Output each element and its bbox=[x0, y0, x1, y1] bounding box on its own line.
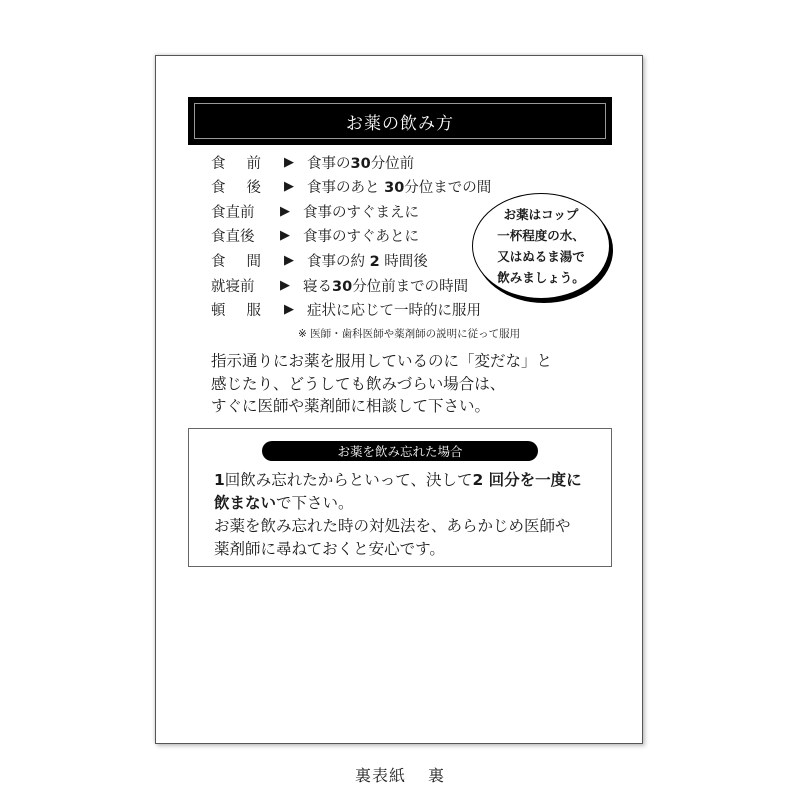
section-title: お薬の飲み方 bbox=[194, 103, 606, 139]
missed-dose-line-4: 薬剤師に尋ねておくと安心です。 bbox=[214, 538, 582, 561]
rule-term: 頓服 bbox=[211, 299, 265, 320]
rule-note: ※ 医師・歯科医師や薬剤師の説明に従って服用 bbox=[298, 326, 520, 341]
bubble-line: お薬はコップ bbox=[504, 204, 579, 225]
dosage-rule-row: 就寝前▶寝る30分位前までの時間 bbox=[211, 274, 468, 296]
rule-description: 食事の約 2 時間後 bbox=[307, 250, 428, 271]
advice-paragraph: 指示通りにお薬を服用しているのに「変だな」と 感じたり、どうしても飲みづらい場合… bbox=[211, 350, 552, 418]
dosage-rule-row: 頓服▶症状に応じて一時的に服用 bbox=[211, 299, 481, 321]
missed-dose-box: お薬を飲み忘れた場合 1回飲み忘れたからといって、決して2 回分を一度に 飲まな… bbox=[188, 428, 612, 567]
caption-label: 裏表紙 bbox=[355, 766, 406, 785]
section-title-bar: お薬の飲み方 bbox=[188, 97, 612, 145]
advice-line: 指示通りにお薬を服用しているのに「変だな」と bbox=[211, 350, 552, 373]
rule-term: 食間 bbox=[211, 250, 265, 271]
water-advice-bubble: お薬はコップ一杯程度の水、又はぬるま湯で飲みましょう。 bbox=[472, 193, 610, 299]
advice-line: すぐに医師や薬剤師に相談して下さい。 bbox=[211, 395, 552, 418]
rule-term: 食前 bbox=[211, 152, 265, 173]
dosage-rule-row: 食直後▶食事のすぐあとに bbox=[211, 225, 419, 247]
dosage-rule-row: 食後▶食事のあと 30分位までの間 bbox=[211, 176, 491, 198]
arrow-right-icon: ▶ bbox=[269, 278, 301, 293]
rule-description: 寝る30分位前までの時間 bbox=[303, 275, 468, 296]
rule-description: 症状に応じて一時的に服用 bbox=[307, 299, 481, 320]
dosage-rule-row: 食前▶食事の30分位前 bbox=[211, 151, 414, 173]
bubble-line: 一杯程度の水、 bbox=[497, 225, 585, 246]
missed-dose-title: お薬を飲み忘れた場合 bbox=[262, 441, 538, 461]
arrow-right-icon: ▶ bbox=[269, 228, 301, 243]
bubble-line: 飲みましょう。 bbox=[497, 267, 585, 288]
arrow-right-icon: ▶ bbox=[269, 204, 301, 219]
rule-term: 食直前 bbox=[211, 201, 261, 222]
dosage-rule-row: 食間▶食事の約 2 時間後 bbox=[211, 249, 428, 271]
arrow-right-icon: ▶ bbox=[273, 253, 305, 268]
rule-description: 食事のすぐあとに bbox=[303, 225, 419, 246]
arrow-right-icon: ▶ bbox=[273, 155, 305, 170]
advice-line: 感じたり、どうしても飲みづらい場合は、 bbox=[211, 373, 552, 396]
dosage-rule-row: 食直前▶食事のすぐまえに bbox=[211, 200, 419, 222]
arrow-right-icon: ▶ bbox=[273, 302, 305, 317]
rule-description: 食事のすぐまえに bbox=[303, 201, 419, 222]
rule-description: 食事のあと 30分位までの間 bbox=[307, 176, 491, 197]
missed-dose-line-1: 1回飲み忘れたからといって、決して2 回分を一度に bbox=[214, 469, 582, 492]
rule-description: 食事の30分位前 bbox=[307, 152, 414, 173]
rule-term: 就寝前 bbox=[211, 275, 261, 296]
missed-dose-line-2: 飲まないで下さい。 bbox=[214, 492, 582, 515]
arrow-right-icon: ▶ bbox=[273, 179, 305, 194]
rule-term: 食後 bbox=[211, 176, 265, 197]
bubble-line: 又はぬるま湯で bbox=[497, 246, 585, 267]
missed-dose-line-3: お薬を飲み忘れた時の対処法を、あらかじめ医師や bbox=[214, 515, 582, 538]
page-caption: 裏表紙裏 bbox=[0, 763, 800, 786]
missed-dose-text: 1回飲み忘れたからといって、決して2 回分を一度に 飲まないで下さい。 お薬を飲… bbox=[214, 469, 582, 561]
caption-side: 裏 bbox=[428, 766, 445, 785]
rule-term: 食直後 bbox=[211, 225, 261, 246]
